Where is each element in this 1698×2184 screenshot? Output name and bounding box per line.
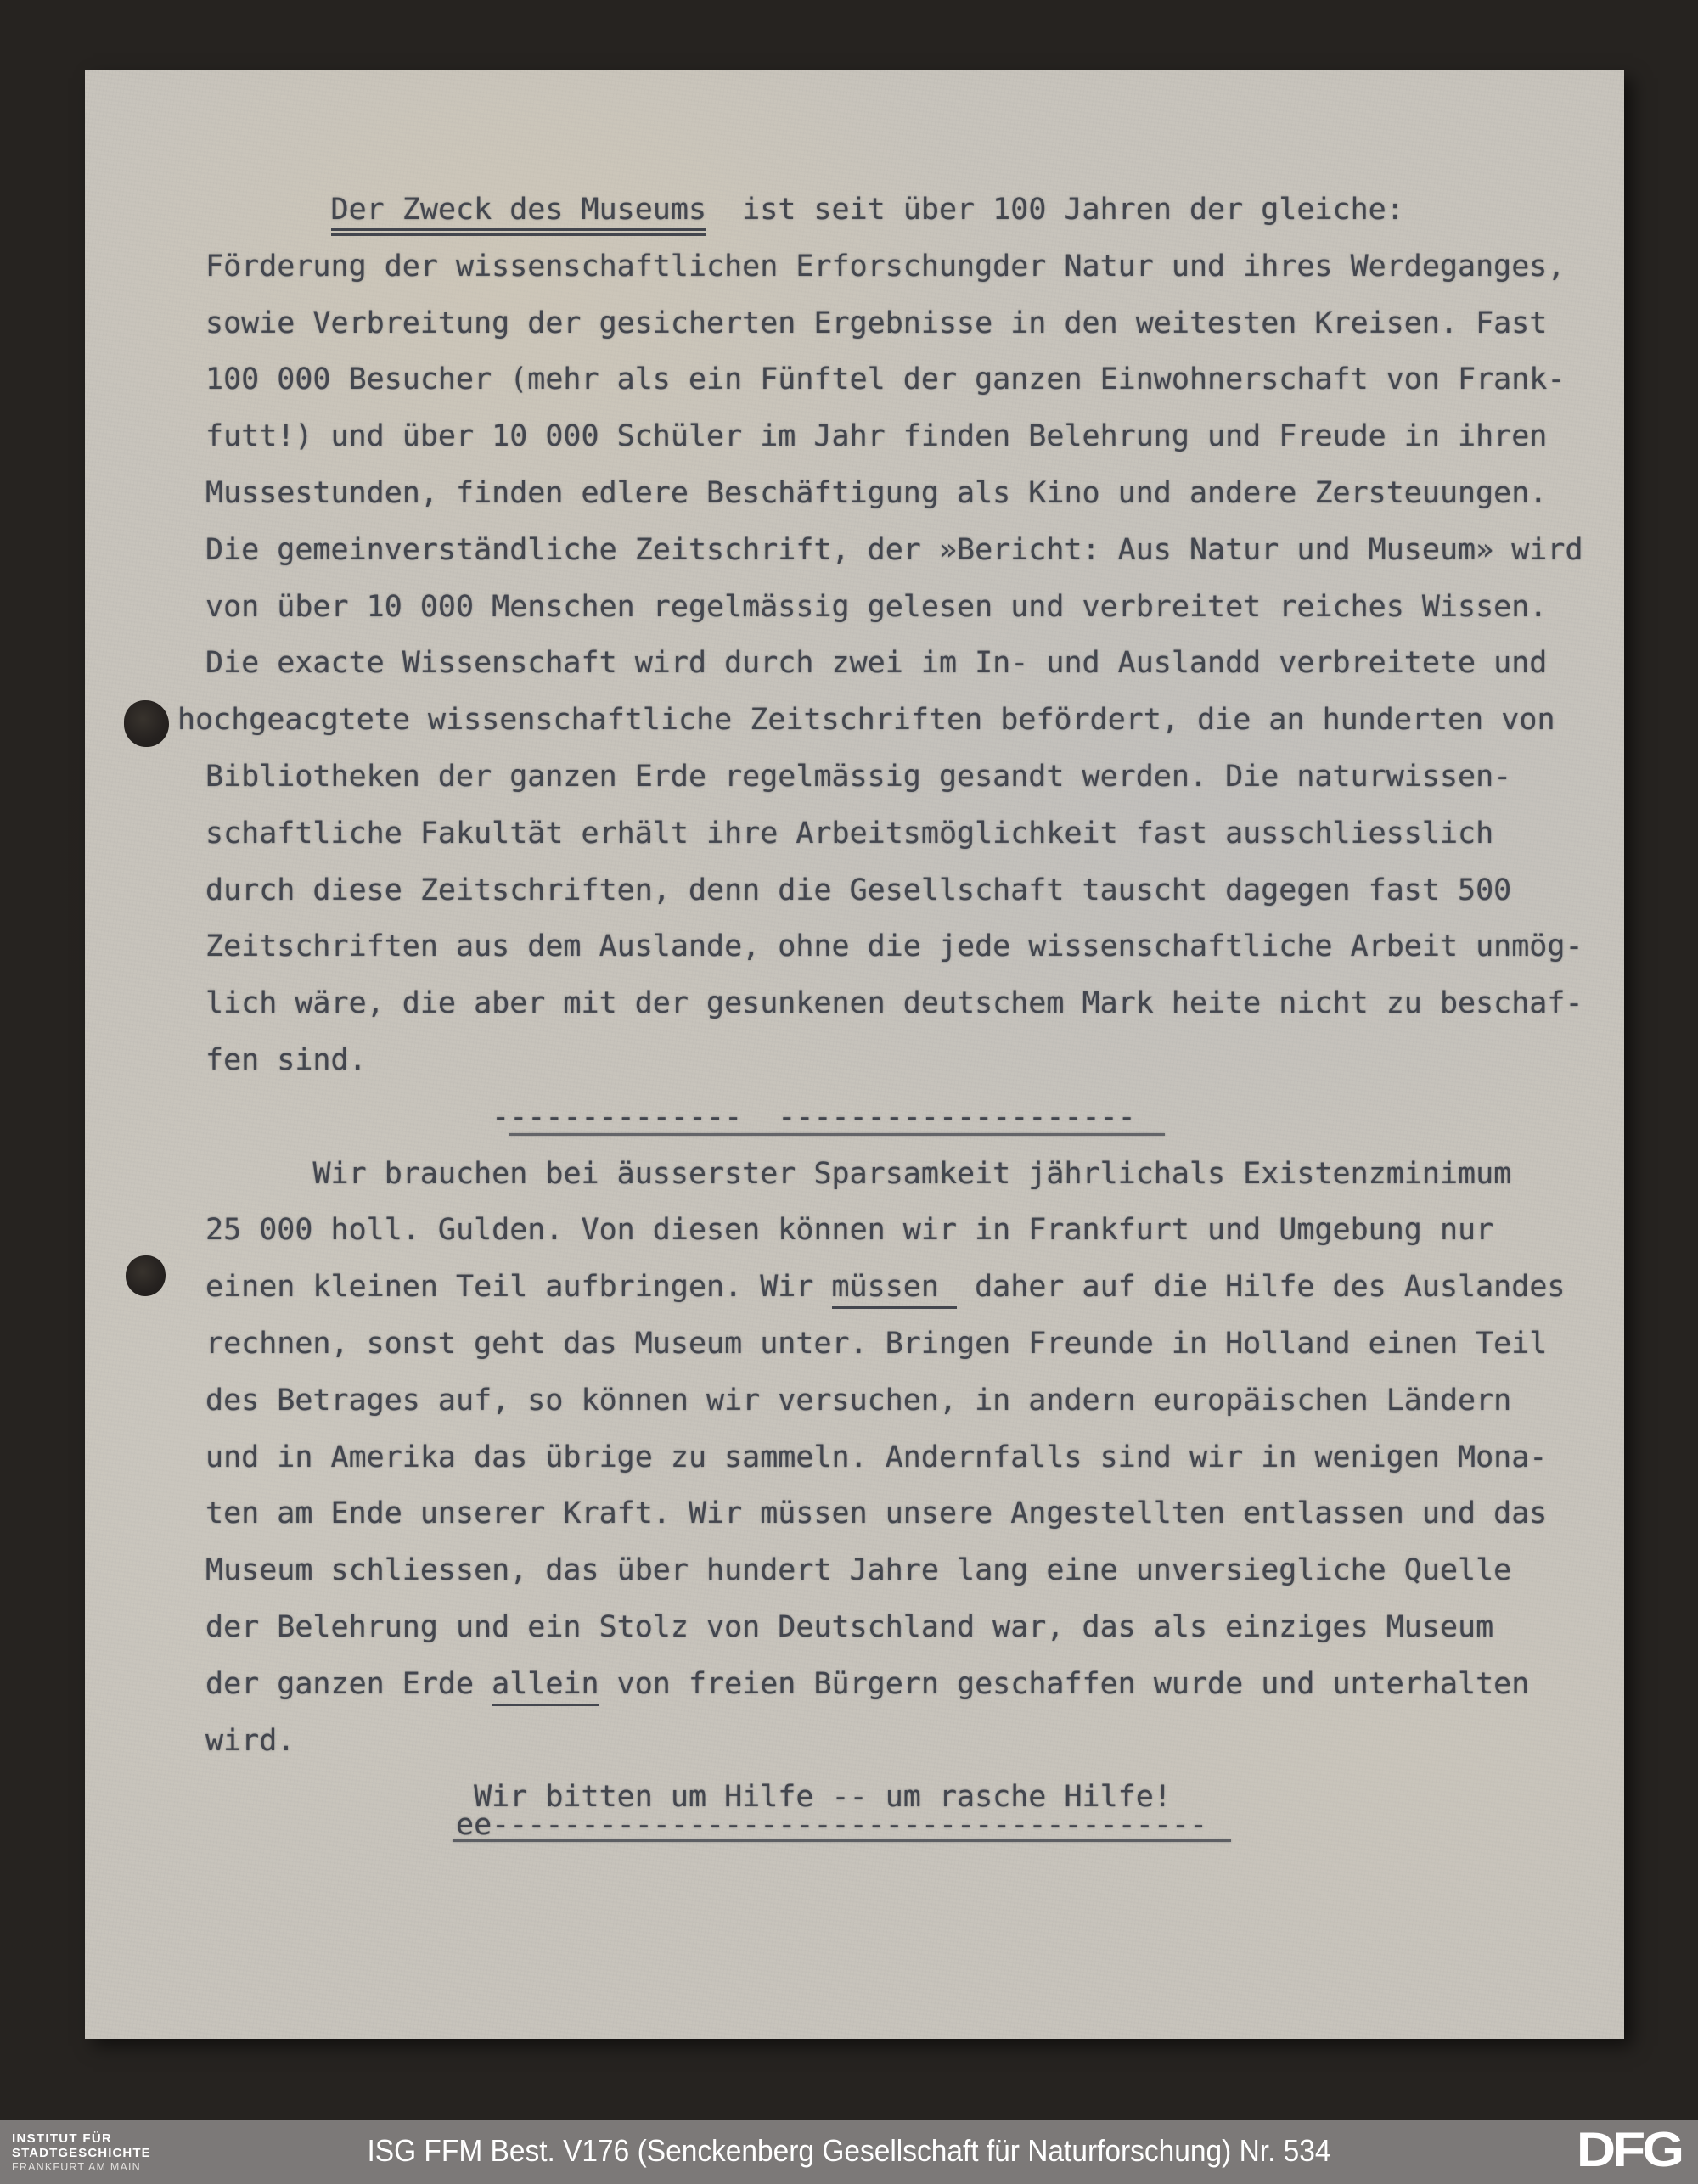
line-text: der ganzen Erde [205, 1667, 492, 1701]
line-text: -------------- -------------------- [492, 1100, 1136, 1134]
line-text: futt!) und über 10 000 Schüler im Jahr f… [205, 419, 1547, 453]
document-text: Der Zweck des Museums ist seit über 100 … [205, 182, 1632, 1854]
line-text: Mussestunden, finden edlere Beschäftigun… [205, 476, 1547, 510]
text-line: Museum schliessen, das über hundert Jahr… [205, 1542, 1632, 1599]
line-text: des Betrages auf, so können wir versuche… [205, 1384, 1511, 1418]
line-text: von über 10 000 Menschen regelmässig gel… [205, 590, 1547, 624]
line-text [205, 193, 331, 227]
archive-signature: ISG FFM Best. V176 (Senckenberg Gesellsc… [59, 2134, 1639, 2168]
text-line: hochgeacgtete wissenschaftliche Zeitschr… [177, 692, 1632, 749]
line-text: fen sind. [205, 1043, 367, 1077]
archive-footer-band: INSTITUT FÜR STADTGESCHICHTE FRANKFURT A… [0, 2120, 1698, 2184]
line-text: schaftliche Fakultät erhält ihre Arbeits… [205, 817, 1493, 851]
line-text: und in Amerika das übrige zu sammeln. An… [205, 1440, 1547, 1474]
line-text: rechnen, sonst geht das Museum unter. Br… [205, 1327, 1547, 1361]
line-text: von freien Bürgern geschaffen wurde und … [599, 1667, 1530, 1701]
text-line: rechnen, sonst geht das Museum unter. Br… [205, 1316, 1632, 1373]
text-line: von über 10 000 Menschen regelmässig gel… [205, 579, 1632, 636]
line-text [205, 1157, 312, 1191]
line-text [205, 1100, 492, 1134]
text-line: durch diese Zeitschriften, denn die Gese… [205, 862, 1632, 919]
scanned-document-view: Der Zweck des Museums ist seit über 100 … [0, 0, 1698, 2184]
text-line: -------------- -------------------- [205, 1089, 1632, 1146]
text-line: der Belehrung und ein Stolz von Deutschl… [205, 1599, 1632, 1656]
line-text: Bibliotheken der ganzen Erde regelmässig… [205, 760, 1511, 794]
punch-hole-icon [124, 700, 169, 747]
text-line: und in Amerika das übrige zu sammeln. An… [205, 1429, 1632, 1486]
text-line: futt!) und über 10 000 Schüler im Jahr f… [205, 408, 1632, 465]
line-text: Die gemeinverständliche Zeitschrift, der… [205, 533, 1583, 567]
text-line: Bibliotheken der ganzen Erde regelmässig… [205, 749, 1632, 806]
text-line: Förderung der wissenschaftlichen Erforsc… [205, 239, 1632, 295]
line-text: Die exacte Wissenschaft wird durch zwei … [205, 646, 1547, 680]
text-line: Der Zweck des Museums ist seit über 100 … [205, 182, 1632, 239]
text-line: ee--------------------------------------… [205, 1797, 1632, 1854]
line-text: ee--------------------------------------… [456, 1808, 1207, 1842]
text-line: Mussestunden, finden edlere Beschäftigun… [205, 465, 1632, 522]
line-text: 25 000 holl. Gulden. Von diesen können w… [205, 1213, 1493, 1247]
text-line: ten am Ende unserer Kraft. Wir müssen un… [205, 1485, 1632, 1542]
line-text: lich wäre, die aber mit der gesunkenen d… [205, 986, 1583, 1020]
line-text: einen kleinen Teil aufbringen. Wir [205, 1270, 832, 1304]
line-text: sowie Verbreitung der gesicherten Ergebn… [205, 306, 1547, 340]
text-line: Zeitschriften aus dem Auslande, ohne die… [205, 918, 1632, 975]
text-line: Die gemeinverständliche Zeitschrift, der… [205, 522, 1632, 579]
line-text: 100 000 Besucher (mehr als ein Fünftel d… [205, 362, 1565, 396]
underlined-text: Der Zweck des Museums [331, 193, 707, 236]
line-text: ten am Ende unserer Kraft. Wir müssen un… [205, 1496, 1547, 1530]
underlined-text: allein [492, 1667, 599, 1706]
line-text: durch diese Zeitschriften, denn die Gese… [205, 873, 1511, 907]
text-line: wird. [205, 1713, 1632, 1770]
underlined-text: müssen [832, 1270, 958, 1309]
line-text: der Belehrung und ein Stolz von Deutschl… [205, 1610, 1493, 1644]
line-text: Zeitschriften aus dem Auslande, ohne die… [205, 929, 1583, 963]
text-line: fen sind. [205, 1032, 1632, 1089]
text-line: Die exacte Wissenschaft wird durch zwei … [205, 635, 1632, 692]
text-line: des Betrages auf, so können wir versuche… [205, 1373, 1632, 1429]
document-page: Der Zweck des Museums ist seit über 100 … [85, 70, 1624, 2039]
text-line: sowie Verbreitung der gesicherten Ergebn… [205, 295, 1632, 352]
text-line: lich wäre, die aber mit der gesunkenen d… [205, 975, 1632, 1032]
line-text: ist seit über 100 Jahren der gleiche: [706, 193, 1404, 227]
line-text: Förderung der wissenschaftlichen Erforsc… [205, 250, 1565, 284]
line-text: daher auf die Hilfe des Auslandes [957, 1270, 1565, 1304]
text-line: 25 000 holl. Gulden. Von diesen können w… [205, 1202, 1632, 1259]
text-line: 100 000 Besucher (mehr als ein Fünftel d… [205, 351, 1632, 408]
punch-hole-icon [126, 1255, 166, 1296]
line-text: hochgeacgtete wissenschaftliche Zeitschr… [177, 703, 1555, 737]
line-text: Museum schliessen, das über hundert Jahr… [205, 1553, 1511, 1587]
line-text: wird. [205, 1724, 295, 1758]
text-line: Wir brauchen bei äusserster Sparsamkeit … [205, 1146, 1632, 1203]
text-line: einen kleinen Teil aufbringen. Wir müsse… [205, 1259, 1632, 1316]
dfg-logo: DFG [1577, 2122, 1681, 2177]
line-text [205, 1808, 456, 1842]
text-line: der ganzen Erde allein von freien Bürger… [205, 1656, 1632, 1713]
text-line: schaftliche Fakultät erhält ihre Arbeits… [205, 806, 1632, 862]
line-text: Wir brauchen bei äusserster Sparsamkeit … [312, 1157, 1511, 1191]
